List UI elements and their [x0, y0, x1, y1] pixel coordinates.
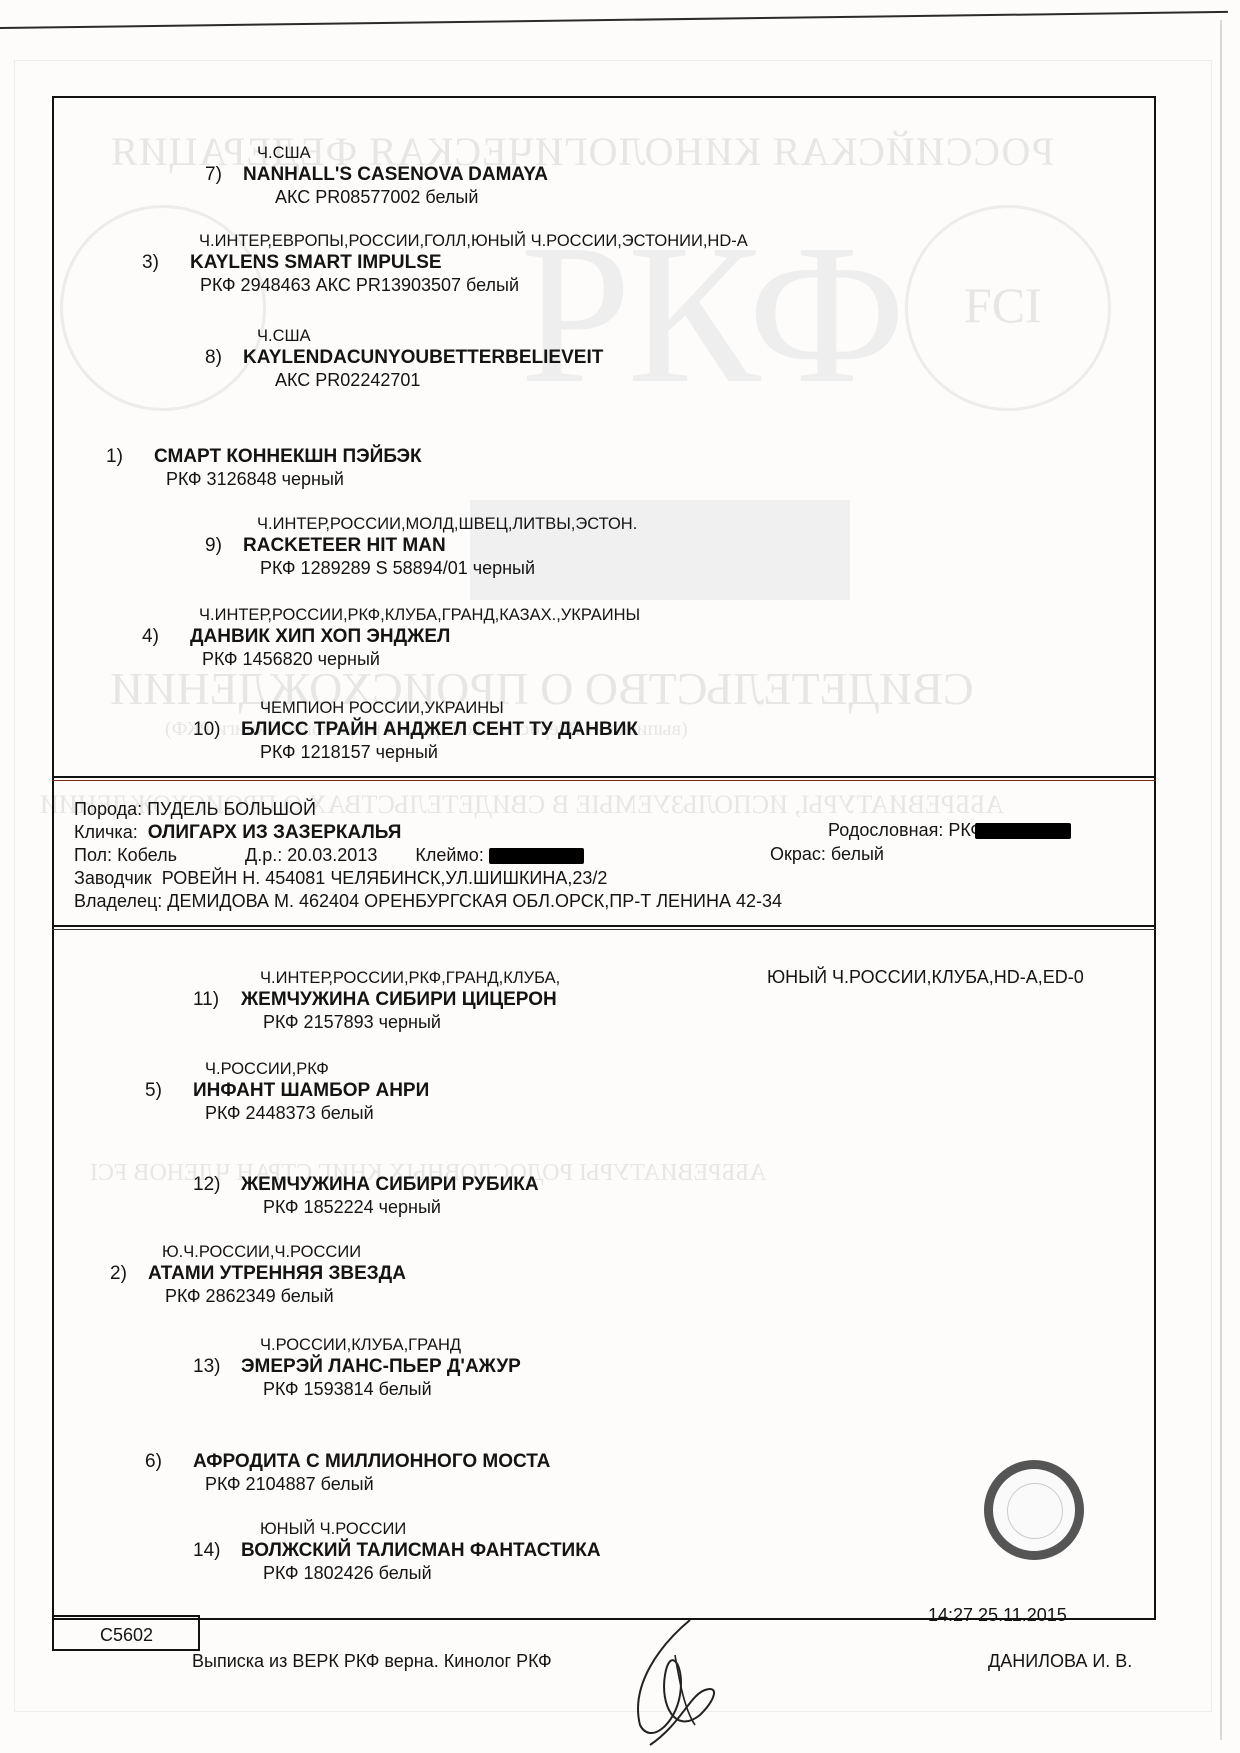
- ancestor-registration: РКФ 2157893 черный: [193, 1011, 560, 1033]
- page-top-edge: [0, 11, 1228, 35]
- ancestor-registration: РКФ 2948463 АКС PR13903507 белый: [142, 274, 748, 296]
- ancestor-title: ЮНЫЙ Ч.РОССИИ: [193, 1518, 601, 1540]
- ancestor-title: Ч.ИНТЕР,РОССИИ,РКФ,ГРАНД,КЛУБА,: [193, 967, 560, 989]
- ancestor-11: Ч.ИНТЕР,РОССИИ,РКФ,ГРАНД,КЛУБА, 11)ЖЕМЧУ…: [193, 967, 560, 1033]
- ancestor-name: KAYLENDACUNYOUBETTERBELIEVEIT: [243, 347, 603, 368]
- signature-icon: [620, 1615, 730, 1750]
- ancestor-9: Ч.ИНТЕР,РОССИИ,МОЛД,ШВЕЦ,ЛИТВЫ,ЭСТОН. 9)…: [205, 513, 637, 579]
- ancestor-number: 4): [142, 626, 190, 648]
- ancestor-title: ЧЕМПИОН РОССИИ,УКРАИНЫ: [193, 697, 638, 719]
- ancestor-title: Ю.Ч.РОССИИ,Ч.РОССИИ: [110, 1241, 406, 1263]
- brand-label: Клеймо:: [415, 845, 483, 865]
- ancestor-registration: АКС PR02242701: [205, 369, 603, 391]
- ancestor-2: Ю.Ч.РОССИИ,Ч.РОССИИ 2)АТАМИ УТРЕННЯЯ ЗВЕ…: [110, 1241, 406, 1307]
- dob-label: Д.р.:: [245, 845, 282, 865]
- ancestor-title: Ч.ИНТЕР,ЕВРОПЫ,РОССИИ,ГОЛЛ,ЮНЫЙ Ч.РОССИИ…: [142, 230, 748, 252]
- ancestor-title: Ч.РОССИИ,РКФ: [145, 1058, 429, 1080]
- ancestor-title: Ч.РОССИИ,КЛУБА,ГРАНД: [193, 1334, 521, 1356]
- ancestor-registration: РКФ 1289289 S 58894/01 черный: [205, 557, 637, 579]
- dog-name: ОЛИГАРХ ИЗ ЗАЗЕРКАЛЬЯ: [148, 822, 402, 843]
- ancestor-name: АФРОДИТА С МИЛЛИОННОГО МОСТА: [193, 1451, 550, 1472]
- ancestor-registration: РКФ 2104887 белый: [145, 1473, 550, 1495]
- ancestor-name: БЛИСС ТРАЙН АНДЖЕЛ СЕНТ ТУ ДАНВИК: [241, 719, 638, 740]
- color-value: белый: [831, 844, 884, 864]
- ancestor-registration: РКФ 1218157 черный: [193, 741, 638, 763]
- breed-row: Порода: ПУДЕЛЬ БОЛЬШОЙ: [74, 798, 782, 821]
- ancestor-14: ЮНЫЙ Ч.РОССИИ 14)ВОЛЖСКИЙ ТАЛИСМАН ФАНТА…: [193, 1518, 601, 1584]
- ancestor-name: АТАМИ УТРЕННЯЯ ЗВЕЗДА: [148, 1263, 406, 1284]
- name-label: Кличка:: [74, 822, 138, 842]
- ancestor-number: 2): [110, 1263, 148, 1285]
- stamp-center: [1007, 1483, 1063, 1539]
- page-right-edge: [1220, 20, 1222, 1740]
- ancestor-6: 6)АФРОДИТА С МИЛЛИОННОГО МОСТА РКФ 21048…: [145, 1451, 550, 1495]
- ancestor-number: 11): [193, 989, 241, 1011]
- breeder-row: Заводчик РОВЕЙН Н. 454081 ЧЕЛЯБИНСК,УЛ.Ш…: [74, 867, 782, 890]
- divider-top-info: [52, 776, 1156, 778]
- ancestor-number: 3): [142, 252, 190, 274]
- ancestor-name: СМАРТ КОННЕКШН ПЭЙБЭК: [154, 446, 422, 467]
- ancestor-name: ИНФАНТ ШАМБОР АНРИ: [193, 1080, 429, 1101]
- color-label: Окрас:: [770, 844, 826, 864]
- ancestor-name: NANHALL'S CASENOVA DAMAYA: [243, 164, 548, 185]
- ancestor-title: Ч.США: [205, 142, 548, 164]
- ancestor-name: ЖЕМЧУЖИНА СИБИРИ РУБИКА: [241, 1174, 539, 1195]
- ancestor-registration: РКФ 1593814 белый: [193, 1378, 521, 1400]
- ancestor-13: Ч.РОССИИ,КЛУБА,ГРАНД 13)ЭМЕРЭЙ ЛАНС-ПЬЕР…: [193, 1334, 521, 1400]
- ancestor-5: Ч.РОССИИ,РКФ 5)ИНФАНТ ШАМБОР АНРИ РКФ 24…: [145, 1058, 429, 1124]
- document-code: С5602: [52, 1615, 200, 1651]
- pedigree-number: Родословная: РКФ: [828, 820, 1071, 841]
- ancestor-8: Ч.США 8)KAYLENDACUNYOUBETTERBELIEVEIT АК…: [205, 325, 603, 391]
- breed-value: ПУДЕЛЬ БОЛЬШОЙ: [147, 799, 316, 819]
- owner-label: Владелец:: [74, 891, 162, 911]
- ancestor-number: 5): [145, 1080, 193, 1102]
- ancestor-name: ЖЕМЧУЖИНА СИБИРИ ЦИЦЕРОН: [241, 989, 557, 1010]
- ancestor-registration: РКФ 2862349 белый: [110, 1285, 406, 1307]
- ancestor-11-titles-continued: ЮНЫЙ Ч.РОССИИ,КЛУБА,HD-A,ED-0: [767, 967, 1084, 988]
- ancestor-4: Ч.ИНТЕР,РОССИИ,РКФ,КЛУБА,ГРАНД,КАЗАХ.,УК…: [142, 604, 640, 670]
- breeder-value: РОВЕЙН Н. 454081 ЧЕЛЯБИНСК,УЛ.ШИШКИНА,23…: [162, 868, 608, 888]
- ancestor-number: 6): [145, 1451, 193, 1473]
- ancestor-name: ДАНВИК ХИП ХОП ЭНДЖЕЛ: [190, 626, 450, 647]
- ancestor-registration: АКС PR08577002 белый: [205, 186, 548, 208]
- breed-label: Порода:: [74, 799, 142, 819]
- ancestor-name: RACKETEER HIT MAN: [243, 535, 446, 556]
- rkf-stamp-icon: [984, 1460, 1084, 1560]
- owner-row: Владелец: ДЕМИДОВА М. 462404 ОРЕНБУРГСКА…: [74, 890, 782, 913]
- divider-bottom-info-inner: [52, 929, 1156, 930]
- ancestor-title: Ч.ИНТЕР,РОССИИ,МОЛД,ШВЕЦ,ЛИТВЫ,ЭСТОН.: [205, 513, 637, 535]
- dob-value: 20.03.2013: [287, 845, 377, 865]
- ancestor-title: Ч.США: [205, 325, 603, 347]
- ancestor-number: 13): [193, 1356, 241, 1378]
- ancestor-number: 1): [106, 446, 154, 468]
- ancestor-name: KAYLENS SMART IMPULSE: [190, 252, 442, 273]
- ancestor-1: 1)СМАРТ КОННЕКШН ПЭЙБЭК РКФ 3126848 черн…: [106, 446, 422, 490]
- signer-name: ДАНИЛОВА И. В.: [988, 1651, 1132, 1672]
- ancestor-registration: РКФ 1802426 белый: [193, 1562, 601, 1584]
- brand-redacted: [489, 848, 584, 864]
- breeder-label: Заводчик: [74, 868, 152, 888]
- ancestor-registration: РКФ 2448373 белый: [145, 1102, 429, 1124]
- owner-value: ДЕМИДОВА М. 462404 ОРЕНБУРГСКАЯ ОБЛ.ОРСК…: [167, 891, 782, 911]
- ancestor-registration: РКФ 3126848 черный: [106, 468, 422, 490]
- ancestor-number: 10): [193, 719, 241, 741]
- pedigree-label: Родословная:: [828, 820, 943, 840]
- pedigree-redacted: [975, 823, 1071, 839]
- sex-dob-row: Пол: Кобель Д.р.: 20.03.2013 Клеймо:: [74, 844, 782, 867]
- ancestor-name: ЭМЕРЭЙ ЛАНС-ПЬЕР Д'АЖУР: [241, 1356, 521, 1377]
- ancestor-title: Ч.ИНТЕР,РОССИИ,РКФ,КЛУБА,ГРАНД,КАЗАХ.,УК…: [142, 604, 640, 626]
- sex-label: Пол:: [74, 845, 112, 865]
- divider-top-info-inner: [52, 780, 1156, 781]
- color-field: Окрас: белый: [770, 844, 884, 865]
- ancestor-7: Ч.США 7)NANHALL'S CASENOVA DAMAYA АКС PR…: [205, 142, 548, 208]
- ancestor-number: 12): [193, 1174, 241, 1196]
- ancestor-12: 12)ЖЕМЧУЖИНА СИБИРИ РУБИКА РКФ 1852224 ч…: [193, 1174, 539, 1218]
- dog-info-block: Порода: ПУДЕЛЬ БОЛЬШОЙ Кличка: ОЛИГАРХ И…: [74, 798, 782, 913]
- name-row: Кличка: ОЛИГАРХ ИЗ ЗАЗЕРКАЛЬЯ: [74, 821, 782, 844]
- certification-text: Выписка из ВЕРК РКФ верна. Кинолог РКФ: [192, 1651, 552, 1672]
- sex-value: Кобель: [117, 845, 177, 865]
- print-timestamp: 14:27 25.11.2015: [928, 1605, 1067, 1626]
- ancestor-registration: РКФ 1456820 черный: [142, 648, 640, 670]
- ancestor-10: ЧЕМПИОН РОССИИ,УКРАИНЫ 10)БЛИСС ТРАЙН АН…: [193, 697, 638, 763]
- ancestor-number: 14): [193, 1540, 241, 1562]
- ancestor-registration: РКФ 1852224 черный: [193, 1196, 539, 1218]
- divider-bottom-info: [52, 925, 1156, 927]
- ancestor-3: Ч.ИНТЕР,ЕВРОПЫ,РОССИИ,ГОЛЛ,ЮНЫЙ Ч.РОССИИ…: [142, 230, 748, 296]
- ancestor-name: ВОЛЖСКИЙ ТАЛИСМАН ФАНТАСТИКА: [241, 1540, 601, 1561]
